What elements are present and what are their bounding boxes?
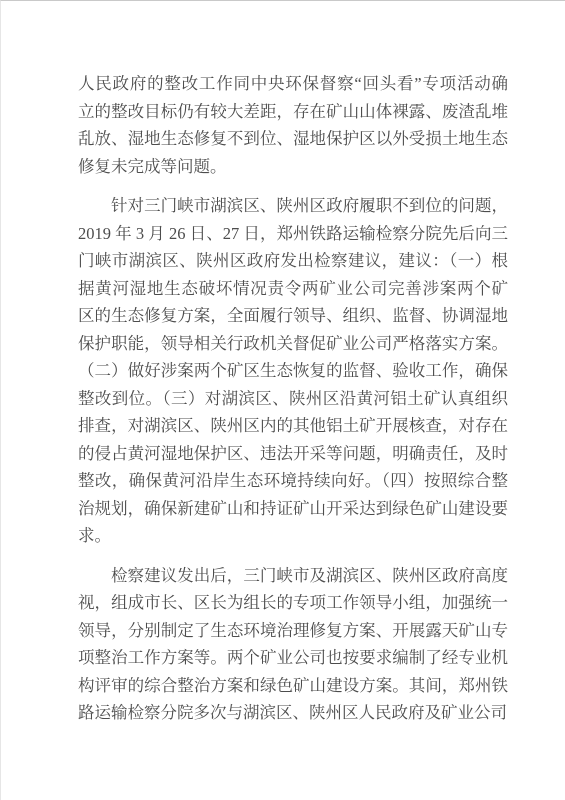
text-line: 修复未完成等问题。 bbox=[78, 153, 508, 181]
text-line: 门峡市湖滨区、陕州区政府发出检察建议，建议：（一）根 bbox=[78, 247, 508, 275]
text-line: 人民政府的整改工作同中央环保督察“回头看”专项活动确 bbox=[78, 70, 508, 98]
document-body: 人民政府的整改工作同中央环保督察“回头看”专项活动确立的整改目标仍有较大差距，存… bbox=[78, 70, 508, 727]
text-line: 保护职能，领导相关行政机关督促矿业公司严格落实方案。 bbox=[78, 330, 508, 358]
text-line: 项整治工作方案等。两个矿业公司也按要求编制了经专业机 bbox=[78, 644, 508, 672]
text-line: 检察建议发出后，三门峡市及湖滨区、陕州区政府高度重 bbox=[78, 562, 508, 590]
text-line: 构评审的综合整治方案和绿色矿山建设方案。其间，郑州铁 bbox=[78, 672, 508, 700]
text-line: 路运输检察分院多次与湖滨区、陕州区人民政府及矿业公司 bbox=[78, 699, 508, 727]
text-line: 排查，对湖滨区、陕州区内的其他铝土矿开展核查，对存在 bbox=[78, 412, 508, 440]
text-line: 据黄河湿地生态破坏情况责令两矿业公司完善涉案两个矿 bbox=[78, 275, 508, 303]
text-line: 针对三门峡市湖滨区、陕州区政府履职不到位的问题， bbox=[78, 192, 508, 220]
text-line: 求。 bbox=[78, 522, 508, 550]
text-line: 治规划，确保新建矿山和持证矿山开采达到绿色矿山建设要 bbox=[78, 495, 508, 523]
text-line: 2019 年 3 月 26 日、27 日，郑州铁路运输检察分院先后向三 bbox=[78, 220, 508, 248]
text-line: 领导，分别制定了生态环境治理修复方案、开展露天矿山专 bbox=[78, 617, 508, 645]
text-line: 整改，确保黄河沿岸生态环境持续向好。（四）按照综合整 bbox=[78, 467, 508, 495]
text-line: 立的整改目标仍有较大差距，存在矿山山体裸露、废渣乱堆 bbox=[78, 98, 508, 126]
paragraph: 检察建议发出后，三门峡市及湖滨区、陕州区政府高度重视，组成市长、区长为组长的专项… bbox=[78, 562, 508, 727]
paragraph: 针对三门峡市湖滨区、陕州区政府履职不到位的问题，2019 年 3 月 26 日、… bbox=[78, 192, 508, 550]
text-line: 的侵占黄河湿地保护区、违法开采等问题，明确责任，及时 bbox=[78, 440, 508, 468]
text-line: 视，组成市长、区长为组长的专项工作领导小组，加强统一 bbox=[78, 589, 508, 617]
text-line: （二）做好涉案两个矿区生态恢复的监督、验收工作，确保 bbox=[78, 357, 508, 385]
document-page: 人民政府的整改工作同中央环保督察“回头看”专项活动确立的整改目标仍有较大差距，存… bbox=[0, 0, 565, 800]
paragraph: 人民政府的整改工作同中央环保督察“回头看”专项活动确立的整改目标仍有较大差距，存… bbox=[78, 70, 508, 180]
text-line: 乱放、湿地生态修复不到位、湿地保护区以外受损土地生态 bbox=[78, 125, 508, 153]
text-line: 整改到位。（三）对湖滨区、陕州区沿黄河铝土矿认真组织 bbox=[78, 385, 508, 413]
text-line: 区的生态修复方案，全面履行领导、组织、监督、协调湿地 bbox=[78, 302, 508, 330]
